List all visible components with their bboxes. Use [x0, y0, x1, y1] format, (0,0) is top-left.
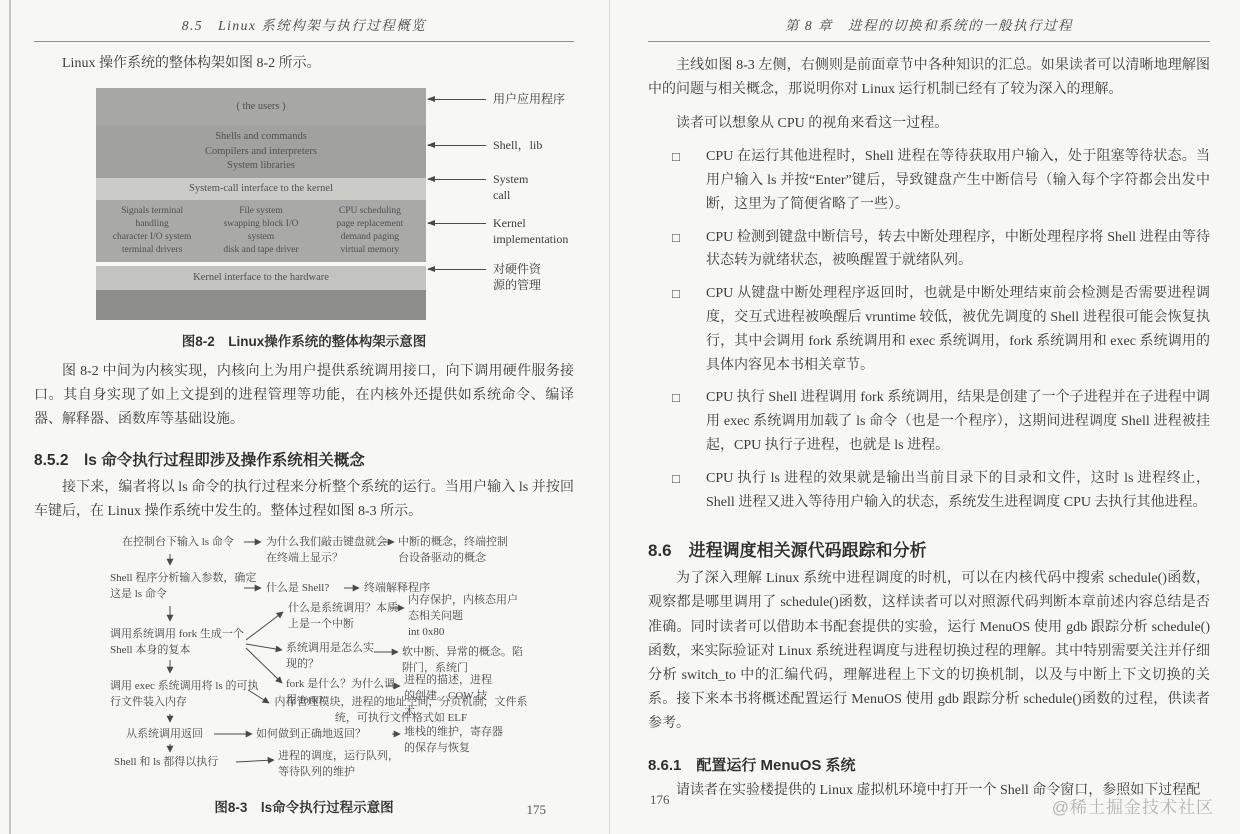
- fig83-concept: 堆栈的维护，寄存器的保存与恢复: [404, 724, 509, 756]
- list-item: □ CPU 在运行其他进程时，Shell 进程在等待获取用户输入，处于阻塞等待状…: [648, 145, 1210, 216]
- fig83-step: 在控制台下输入 ls 命令: [122, 534, 282, 550]
- fig83-step: 从系统调用返回: [126, 726, 246, 742]
- fig83-question: 什么是系统调用？本质上是一个中断: [288, 600, 400, 632]
- fig83-question: 系统调用是怎么实现的？: [286, 640, 381, 672]
- fig83-concept: 内存管理模块，进程的地址空间，分页机制，文件系统，可执行文件格式如 ELF: [272, 694, 530, 726]
- fig83-question: 什么是 Shell?: [266, 580, 366, 596]
- square-bullet-icon: □: [648, 226, 706, 274]
- fig82-label-syscall: System call: [428, 172, 528, 203]
- page-left: 8.5 Linux 系统构架与执行过程概览 Linux 操作系统的整体构架如图 …: [12, 0, 608, 834]
- fig83-question: 为什么我们敲击键盘就会在终端上显示？: [266, 534, 394, 566]
- fig82-band-shell: Shells and commands Compilers and interp…: [96, 126, 426, 178]
- list-item: □ CPU 执行 Shell 进程调用 fork 系统调用，结果是创建了一个子进…: [648, 386, 1210, 457]
- fig82-band-kernel: Signals terminal handling character I/O …: [96, 200, 426, 262]
- paragraph: 为了深入理解 Linux 系统中进程调度的时机，可以在内核代码中搜索 sched…: [648, 567, 1210, 736]
- left-arrow-icon: [428, 179, 486, 180]
- square-bullet-icon: □: [648, 282, 706, 377]
- fig83-concept: 中断的概念，终端控制台设备驱动的概念: [398, 534, 508, 566]
- square-bullet-icon: □: [648, 386, 706, 457]
- page-number-left: 175: [527, 802, 547, 818]
- fig83-step: Shell 和 ls 都得以执行: [114, 754, 274, 770]
- figure-8-2: ( the users ) Shells and commands Compil…: [96, 88, 601, 320]
- fig82-kernel-col1: Signals terminal handling character I/O …: [98, 205, 207, 256]
- fig82-band-hardware: [96, 290, 426, 320]
- fig83-step: Shell 程序分析输入参数，确定这是 ls 命令: [110, 570, 260, 602]
- fig82-band-syscall: System-call interface to the kernel: [96, 178, 426, 200]
- paragraph-fig82: 图 8-2 中间为内核实现，内核向上为用户提供系统调用接口，向下调用硬件服务接口…: [34, 360, 574, 432]
- book-scan: 8.5 Linux 系统构架与执行过程概览 Linux 操作系统的整体构架如图 …: [0, 0, 1240, 834]
- fig82-band-users: ( the users ): [96, 88, 426, 126]
- fig83-concept: 进程的调度，运行队列，等待队列的维护: [278, 748, 400, 780]
- left-arrow-icon: [428, 223, 486, 224]
- bullet-list: □ CPU 在运行其他进程时，Shell 进程在等待获取用户输入，处于阻塞等待状…: [648, 145, 1210, 514]
- page-number-right: 176: [650, 792, 670, 808]
- page-right: 第 8 章 进程的切换和系统的一般执行过程 主线如图 8-3 左侧，右侧则是前面…: [620, 0, 1240, 834]
- figure-8-3-caption: 图8-3 ls命令执行过程示意图: [34, 796, 574, 816]
- left-arrow-icon: [428, 145, 486, 146]
- left-arrow-icon: [428, 99, 486, 100]
- list-item: □ CPU 执行 ls 进程的效果就是输出当前目录下的目录和文件，这时 ls 进…: [648, 467, 1210, 515]
- intro-paragraph: Linux 操作系统的整体构架如图 8-2 所示。: [34, 52, 574, 76]
- paragraph-852: 接下来，编者将以 ls 命令的执行过程来分析整个系统的运行。当用户输入 ls 并…: [34, 476, 574, 524]
- fig82-label-hardware: 对硬件资 源的管理: [428, 262, 541, 293]
- fig82-kernel-col2: File system swapping block I/O system di…: [207, 205, 316, 256]
- fig82-label-users: 用户应用程序: [428, 92, 565, 108]
- list-item: □ CPU 从键盘中断处理程序返回时，也就是中断处理结束前会检测是否需要进程调度…: [648, 282, 1210, 377]
- figure-8-2-caption: 图8-2 Linux操作系统的整体构架示意图: [34, 330, 574, 350]
- heading-8-5-2: 8.5.2 ls 命令执行过程即涉及操作系统相关概念: [34, 448, 574, 470]
- heading-8-6: 8.6 进程调度相关源代码跟踪和分析: [648, 536, 1210, 561]
- fig82-band-hardware-interface: Kernel interface to the hardware: [96, 266, 426, 290]
- running-head-left: 8.5 Linux 系统构架与执行过程概览: [34, 14, 574, 42]
- fig82-label-kernel: Kernel implementation: [428, 216, 568, 247]
- fig83-concept: 内存保护，内核态用户态相关问题 int 0x80: [408, 592, 526, 640]
- heading-8-6-1: 8.6.1 配置运行 MenuOS 系统: [648, 754, 1210, 775]
- list-item: □ CPU 检测到键盘中断信号，转去中断处理程序，中断处理程序将 Shell 进…: [648, 226, 1210, 274]
- scan-edge-line: [9, 0, 11, 834]
- figure-8-3: 在控制台下输入 ls 命令 Shell 程序分析输入参数，确定这是 ls 命令 …: [104, 534, 624, 786]
- left-arrow-icon: [428, 269, 486, 270]
- square-bullet-icon: □: [648, 467, 706, 515]
- square-bullet-icon: □: [648, 145, 706, 216]
- fig83-question: 如何做到正确地返回？: [256, 726, 401, 742]
- fig83-step: 调用 exec 系统调用将 ls 的可执行文件装入内存: [110, 678, 268, 710]
- fig83-step: 调用系统调用 fork 生成一个 Shell 本身的复本: [110, 626, 265, 658]
- paragraph: 读者可以想象从 CPU 的视角来看这一过程。: [648, 112, 1210, 136]
- running-head-right: 第 8 章 进程的切换和系统的一般执行过程: [648, 14, 1210, 42]
- watermark: @稀土掘金技术社区: [1052, 793, 1214, 818]
- fig82-kernel-col3: CPU scheduling page replacement demand p…: [315, 205, 424, 256]
- paragraph: 主线如图 8-3 左侧，右侧则是前面章节中各种知识的汇总。如果读者可以清晰地理解…: [648, 54, 1210, 102]
- fig82-label-shell: Shell，lib: [428, 138, 542, 154]
